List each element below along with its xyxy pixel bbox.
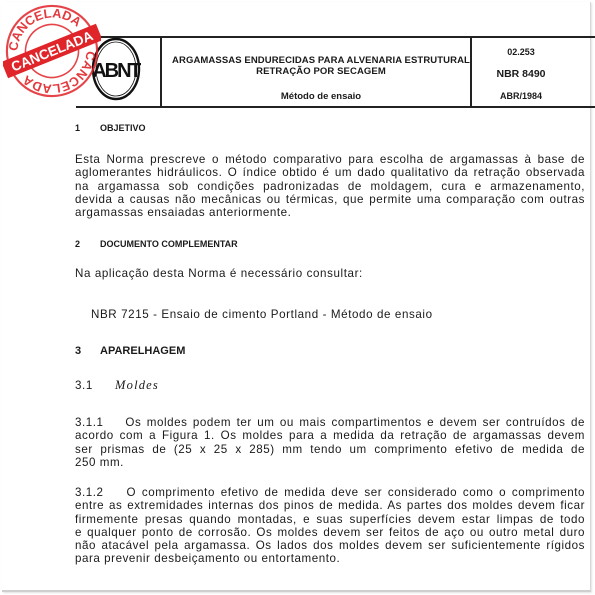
referenced-document: NBR 7215 - Ensaio de cimento Portland - … — [91, 308, 433, 321]
section-number: 3 — [75, 345, 100, 357]
paragraph-line: para prevenir desbeiçamento ou entortame… — [75, 552, 585, 565]
section-3-1-2-paragraph: 3.1.2 O comprimento efetivo de medida de… — [75, 486, 585, 566]
paragraph-line: aglomerantes hidráulicos. O índice obtid… — [75, 166, 585, 179]
section-number: 1 — [75, 123, 100, 133]
paragraph-line: acordo com a Figura 1. Os moldes para a … — [75, 429, 585, 442]
paragraph-line: entre as extremidades internas dos pinos… — [75, 499, 585, 512]
paragraph-line: firmemente presas quando montadas, e sua… — [75, 513, 585, 526]
paragraph-line: ser prismas de (25 x 25 x 285) mm tendo … — [75, 443, 585, 456]
section-1-paragraph: Esta Norma prescreve o método comparativ… — [75, 153, 585, 219]
section-number: 2 — [75, 239, 100, 249]
section-2-intro: Na aplicação desta Norma é necessário co… — [75, 267, 363, 280]
paragraph-line: devida a causas não mecânicas ou térmica… — [75, 193, 585, 206]
section-title: OBJETIVO — [100, 123, 146, 133]
publication-date: ABR/1984 — [476, 91, 566, 101]
paragraph-line: não atacável pela argamassa. Os lados do… — [75, 539, 585, 552]
document-subtitle: Método de ensaio — [172, 91, 470, 102]
header-bottom-rule — [76, 106, 595, 108]
section-3-1-1-paragraph: 3.1.1 Os moldes podem ter um ou mais com… — [75, 416, 585, 469]
section-3-1-heading: 3.1Moldes — [75, 378, 159, 393]
paragraph-line: e qualquer ponto de corrosão. Os moldes … — [75, 526, 585, 539]
paragraph-line: 3.1.1 Os moldes podem ter um ou mais com… — [75, 416, 585, 429]
document-title-line2: RETRAÇÃO POR SECAGEM — [172, 66, 470, 77]
section-3-heading: 3APARELHAGEM — [75, 345, 185, 357]
header-top-rule — [76, 36, 595, 38]
paragraph-line: 250 mm. — [75, 456, 585, 469]
cancelled-stamp-icon: CANCELADA CANCELADA CANCELADA — [3, 2, 101, 100]
paragraph-line: 3.1.2 O comprimento efetivo de medida de… — [75, 486, 585, 499]
section-title: APARELHAGEM — [100, 345, 185, 357]
header-divider-left — [160, 36, 162, 108]
section-title: DOCUMENTO COMPLEMENTAR — [100, 239, 238, 249]
document-code: 02.253 — [476, 47, 566, 57]
paragraph-line: argamassas ensaiadas anteriormente. — [75, 206, 585, 219]
norm-number: NBR 8490 — [476, 68, 566, 80]
section-number: 3.1 — [75, 379, 115, 392]
section-2-heading: 2DOCUMENTO COMPLEMENTAR — [75, 239, 238, 249]
section-1-heading: 1OBJETIVO — [75, 123, 146, 133]
header-divider-right — [470, 36, 472, 108]
section-title: Moldes — [115, 378, 159, 392]
document-title-line1: ARGAMASSAS ENDURECIDAS PARA ALVENARIA ES… — [172, 55, 470, 66]
paragraph-line: Esta Norma prescreve o método comparativ… — [75, 153, 585, 166]
paragraph-line: na argamassa sob condições padronizadas … — [75, 180, 585, 193]
